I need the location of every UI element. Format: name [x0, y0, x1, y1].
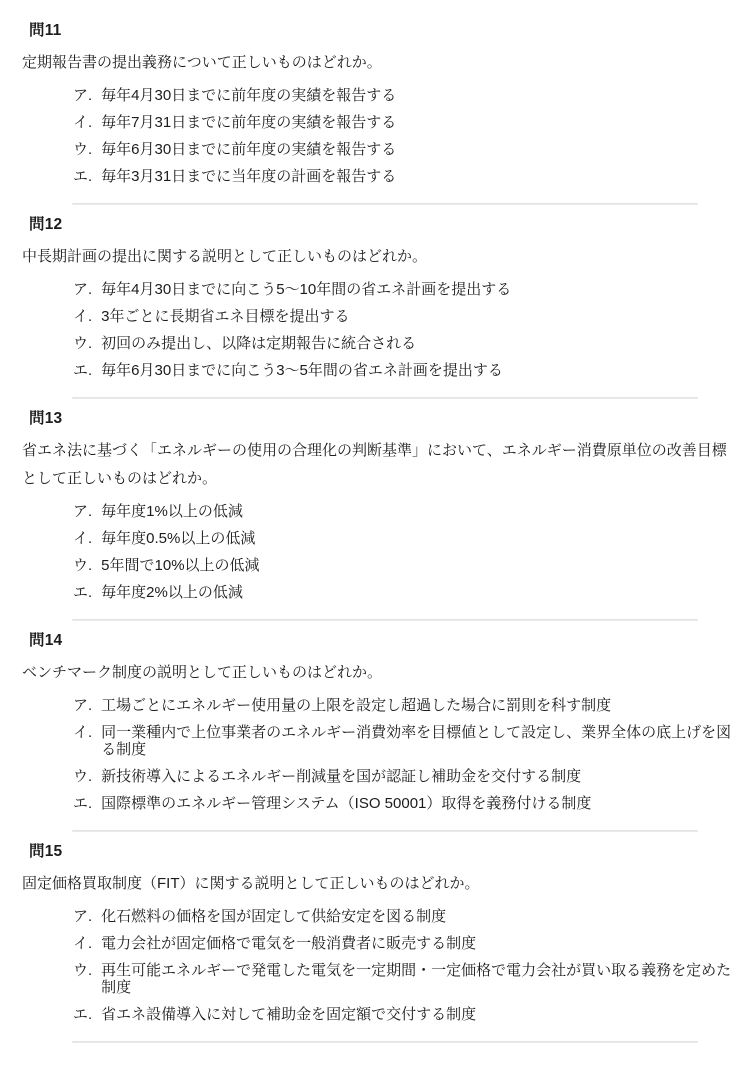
answer-option: ア. 毎年度1%以上の低減	[73, 503, 739, 520]
question-block: 問15 固定価格買取制度（FIT）に関する説明として正しいものはどれか。 ア. …	[22, 844, 739, 1043]
question-text: 固定価格買取制度（FIT）に関する説明として正しいものはどれか。	[22, 870, 737, 898]
question-number: 問15	[29, 844, 739, 860]
answer-option: イ. 3年ごとに長期省エネ目標を提出する	[73, 308, 739, 325]
question-number: 問14	[29, 633, 739, 649]
option-letter: ウ.	[73, 557, 92, 574]
answer-option: ウ. 5年間で10%以上の低減	[73, 557, 739, 574]
option-text: 毎年度1%以上の低減	[101, 503, 243, 520]
question-block: 問11 定期報告書の提出義務について正しいものはどれか。 ア. 毎年4月30日ま…	[22, 23, 739, 205]
option-text: 毎年度2%以上の低減	[101, 584, 243, 601]
option-letter: エ.	[73, 795, 92, 812]
option-letter: イ.	[73, 530, 92, 547]
option-text: 毎年度0.5%以上の低減	[101, 530, 255, 547]
option-text: 電力会社が固定価格で電気を一般消費者に販売する制度	[101, 935, 476, 952]
question-list: 問11 定期報告書の提出義務について正しいものはどれか。 ア. 毎年4月30日ま…	[22, 23, 739, 1043]
option-letter: ウ.	[73, 768, 92, 785]
answer-option: イ. 電力会社が固定価格で電気を一般消費者に販売する制度	[73, 935, 739, 952]
option-text: 3年ごとに長期省エネ目標を提出する	[101, 308, 349, 325]
options-list: ア. 工場ごとにエネルギー使用量の上限を設定し超過した場合に罰則を科す制度 イ.…	[73, 697, 739, 812]
answer-option: イ. 同一業種内で上位事業者のエネルギー消費効率を目標値として設定し、業界全体の…	[73, 724, 739, 758]
question-text: ベンチマーク制度の説明として正しいものはどれか。	[22, 659, 737, 687]
answer-option: ウ. 新技術導入によるエネルギー削減量を国が認証し補助金を交付する制度	[73, 768, 739, 785]
question-number: 問12	[29, 217, 739, 233]
answer-option: エ. 毎年6月30日までに向こう3〜5年間の省エネ計画を提出する	[73, 362, 739, 379]
option-letter: イ.	[73, 724, 92, 741]
answer-option: エ. 国際標準のエネルギー管理システム（ISO 50001）取得を義務付ける制度	[73, 795, 739, 812]
option-letter: エ.	[73, 1006, 92, 1023]
answer-option: ウ. 毎年6月30日までに前年度の実績を報告する	[73, 141, 739, 158]
option-letter: ウ.	[73, 335, 92, 352]
section-divider	[72, 203, 698, 205]
option-text: 毎年4月30日までに前年度の実績を報告する	[101, 87, 396, 104]
answer-option: イ. 毎年度0.5%以上の低減	[73, 530, 739, 547]
option-text: 毎年6月30日までに前年度の実績を報告する	[101, 141, 396, 158]
answer-option: エ. 省エネ設備導入に対して補助金を固定額で交付する制度	[73, 1006, 739, 1023]
option-letter: ア.	[73, 503, 92, 520]
option-letter: ウ.	[73, 962, 92, 979]
option-text: 国際標準のエネルギー管理システム（ISO 50001）取得を義務付ける制度	[101, 795, 591, 812]
option-text: 新技術導入によるエネルギー削減量を国が認証し補助金を交付する制度	[101, 768, 581, 785]
option-text: 再生可能エネルギーで発電した電気を一定期間・一定価格で電力会社が買い取る義務を定…	[101, 962, 739, 996]
answer-option: エ. 毎年3月31日までに当年度の計画を報告する	[73, 168, 739, 185]
answer-option: ア. 毎年4月30日までに向こう5〜10年間の省エネ計画を提出する	[73, 281, 739, 298]
question-text: 中長期計画の提出に関する説明として正しいものはどれか。	[22, 243, 737, 271]
options-list: ア. 毎年4月30日までに前年度の実績を報告する イ. 毎年7月31日までに前年…	[73, 87, 739, 185]
question-text: 省エネ法に基づく「エネルギーの使用の合理化の判断基準」において、エネルギー消費原…	[22, 437, 737, 493]
question-text: 定期報告書の提出義務について正しいものはどれか。	[22, 49, 737, 77]
section-divider	[72, 830, 698, 832]
option-text: 毎年3月31日までに当年度の計画を報告する	[101, 168, 396, 185]
exam-document-page: 問11 定期報告書の提出義務について正しいものはどれか。 ア. 毎年4月30日ま…	[0, 0, 753, 1043]
option-text: 化石燃料の価格を国が固定して供給安定を図る制度	[101, 908, 446, 925]
option-letter: エ.	[73, 362, 92, 379]
question-number: 問11	[29, 23, 739, 39]
option-letter: ア.	[73, 908, 92, 925]
option-letter: ウ.	[73, 141, 92, 158]
option-text: 初回のみ提出し、以降は定期報告に統合される	[101, 335, 416, 352]
question-block: 問14 ベンチマーク制度の説明として正しいものはどれか。 ア. 工場ごとにエネル…	[22, 633, 739, 832]
answer-option: ア. 毎年4月30日までに前年度の実績を報告する	[73, 87, 739, 104]
question-block: 問12 中長期計画の提出に関する説明として正しいものはどれか。 ア. 毎年4月3…	[22, 217, 739, 399]
option-letter: イ.	[73, 114, 92, 131]
option-letter: ア.	[73, 281, 92, 298]
option-text: 毎年7月31日までに前年度の実績を報告する	[101, 114, 396, 131]
option-text: 省エネ設備導入に対して補助金を固定額で交付する制度	[101, 1006, 476, 1023]
options-list: ア. 毎年4月30日までに向こう5〜10年間の省エネ計画を提出する イ. 3年ご…	[73, 281, 739, 379]
option-text: 毎年4月30日までに向こう5〜10年間の省エネ計画を提出する	[101, 281, 511, 298]
option-text: 工場ごとにエネルギー使用量の上限を設定し超過した場合に罰則を科す制度	[101, 697, 611, 714]
answer-option: エ. 毎年度2%以上の低減	[73, 584, 739, 601]
answer-option: ウ. 再生可能エネルギーで発電した電気を一定期間・一定価格で電力会社が買い取る義…	[73, 962, 739, 996]
option-letter: イ.	[73, 308, 92, 325]
options-list: ア. 毎年度1%以上の低減 イ. 毎年度0.5%以上の低減 ウ. 5年間で10%…	[73, 503, 739, 601]
answer-option: イ. 毎年7月31日までに前年度の実績を報告する	[73, 114, 739, 131]
section-divider	[72, 1041, 698, 1043]
option-letter: エ.	[73, 168, 92, 185]
option-text: 毎年6月30日までに向こう3〜5年間の省エネ計画を提出する	[101, 362, 503, 379]
option-letter: ア.	[73, 697, 92, 714]
option-text: 同一業種内で上位事業者のエネルギー消費効率を目標値として設定し、業界全体の底上げ…	[101, 724, 739, 758]
option-letter: イ.	[73, 935, 92, 952]
option-letter: エ.	[73, 584, 92, 601]
option-text: 5年間で10%以上の低減	[101, 557, 259, 574]
question-number: 問13	[29, 411, 739, 427]
question-block: 問13 省エネ法に基づく「エネルギーの使用の合理化の判断基準」において、エネルギ…	[22, 411, 739, 621]
answer-option: ウ. 初回のみ提出し、以降は定期報告に統合される	[73, 335, 739, 352]
section-divider	[72, 397, 698, 399]
option-letter: ア.	[73, 87, 92, 104]
section-divider	[72, 619, 698, 621]
answer-option: ア. 工場ごとにエネルギー使用量の上限を設定し超過した場合に罰則を科す制度	[73, 697, 739, 714]
answer-option: ア. 化石燃料の価格を国が固定して供給安定を図る制度	[73, 908, 739, 925]
options-list: ア. 化石燃料の価格を国が固定して供給安定を図る制度 イ. 電力会社が固定価格で…	[73, 908, 739, 1023]
